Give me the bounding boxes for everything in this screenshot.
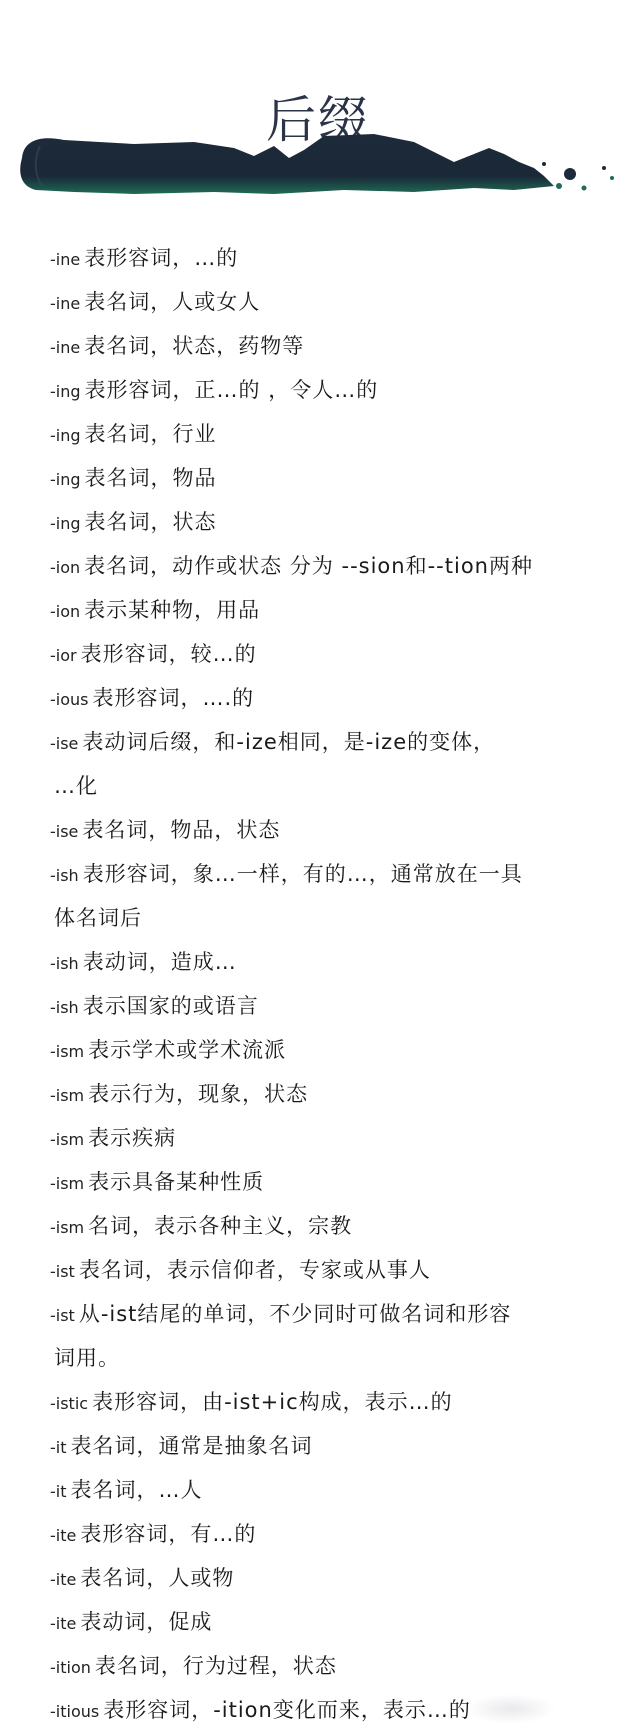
list-item: -ise表动词后缀，和-ize相同，是-ize的变体，: [50, 720, 620, 764]
list-item: -ism表示行为，现象，状态: [50, 1072, 620, 1116]
list-item: -ish表示国家的或语言: [50, 984, 620, 1028]
suffix-label: -ish: [50, 866, 79, 885]
suffix-label: -ish: [50, 998, 79, 1017]
suffix-description: 表形容词，由-ist+ic构成，表示…的: [92, 1390, 453, 1414]
list-item-continuation: …化: [50, 764, 620, 808]
suffix-description: 表形容词，较…的: [81, 642, 257, 666]
suffix-label: -ism: [50, 1042, 84, 1061]
suffix-list: -ine表形容词，…的 -ine表名词，人或女人 -ine表名词，状态，药物等 …: [50, 236, 620, 1732]
list-item-continuation: 体名词后: [50, 896, 620, 940]
suffix-label: -ist: [50, 1306, 75, 1325]
suffix-label: -ite: [50, 1614, 76, 1633]
list-item: -ism表示学术或学术流派: [50, 1028, 620, 1072]
suffix-description: 表名词，表示信仰者，专家或从事人: [79, 1258, 431, 1282]
list-item: -ist表名词，表示信仰者，专家或从事人: [50, 1248, 620, 1292]
suffix-label: -ism: [50, 1174, 84, 1193]
list-item: -ine表形容词，…的: [50, 236, 620, 280]
suffix-description: …化: [54, 774, 98, 798]
list-item: -it表名词，通常是抽象名词: [50, 1424, 620, 1468]
suffix-description: 表名词，状态: [85, 510, 217, 534]
suffix-label: -ious: [50, 690, 88, 709]
suffix-description: 表形容词，…的: [84, 246, 238, 270]
list-item: -ition表名词，行为过程，状态: [50, 1644, 620, 1688]
suffix-description: 从-ist结尾的单词，不少同时可做名词和形容: [79, 1302, 512, 1326]
suffix-description: 表示某种物，用品: [84, 598, 260, 622]
suffix-label: -ine: [50, 294, 80, 313]
list-item: -ing表形容词，正…的 ，令人…的: [50, 368, 620, 412]
suffix-label: -itious: [50, 1702, 99, 1721]
suffix-label: -ism: [50, 1130, 84, 1149]
suffix-description: 表名词，人或物: [80, 1566, 234, 1590]
list-item: -ite表形容词，有…的: [50, 1512, 620, 1556]
list-item: -ious表形容词，….的: [50, 676, 620, 720]
suffix-description: 表名词，行为过程，状态: [95, 1654, 337, 1678]
list-item: -ish表动词，造成…: [50, 940, 620, 984]
suffix-label: -ist: [50, 1262, 75, 1281]
suffix-description: 表名词，物品: [85, 466, 217, 490]
suffix-description: 表形容词，象…一样，有的…，通常放在一具: [83, 862, 523, 886]
suffix-description: 表名词，物品，状态: [82, 818, 280, 842]
list-item: -ing表名词，状态: [50, 500, 620, 544]
suffix-label: -ition: [50, 1658, 91, 1677]
suffix-description: 表名词，通常是抽象名词: [71, 1434, 313, 1458]
suffix-description: 表名词，…人: [71, 1478, 203, 1502]
suffix-description: 体名词后: [54, 906, 142, 930]
suffix-label: -ing: [50, 382, 81, 401]
suffix-label: -ite: [50, 1526, 76, 1545]
suffix-description: 表示行为，现象，状态: [88, 1082, 308, 1106]
suffix-label: -ism: [50, 1086, 84, 1105]
suffix-label: -ion: [50, 558, 80, 577]
suffix-label: -ish: [50, 954, 79, 973]
list-item: -it表名词，…人: [50, 1468, 620, 1512]
list-item: -ite表名词，人或物: [50, 1556, 620, 1600]
list-item: -ion表示某种物，用品: [50, 588, 620, 632]
list-item: -ing表名词，行业: [50, 412, 620, 456]
list-item: -ing表名词，物品: [50, 456, 620, 500]
list-item: -ion表名词，动作或状态 分为 --sion和--tion两种: [50, 544, 620, 588]
list-item: -ior表形容词，较…的: [50, 632, 620, 676]
suffix-label: -ion: [50, 602, 80, 621]
list-item: -ite表动词，促成: [50, 1600, 620, 1644]
suffix-description: 表名词，行业: [85, 422, 217, 446]
suffix-description: 表示学术或学术流派: [88, 1038, 286, 1062]
suffix-description: 表形容词，正…的 ，令人…的: [85, 378, 379, 402]
list-item: -ism名词，表示各种主义，宗教: [50, 1204, 620, 1248]
suffix-description: 表示疾病: [88, 1126, 176, 1150]
suffix-label: -ise: [50, 822, 78, 841]
suffix-label: -ing: [50, 426, 81, 445]
suffix-label: -istic: [50, 1394, 88, 1413]
suffix-description: 表名词，动作或状态 分为 --sion和--tion两种: [84, 554, 533, 578]
suffix-description: 表形容词，….的: [92, 686, 254, 710]
list-item: -ist从-ist结尾的单词，不少同时可做名词和形容: [50, 1292, 620, 1336]
suffix-label: -ine: [50, 250, 80, 269]
suffix-description: 表动词，造成…: [83, 950, 237, 974]
suffix-description: 词用。: [54, 1346, 120, 1370]
suffix-label: -ing: [50, 470, 81, 489]
suffix-description: 表形容词，有…的: [80, 1522, 256, 1546]
suffix-label: -ine: [50, 338, 80, 357]
list-item: -ine表名词，状态，药物等: [50, 324, 620, 368]
suffix-description: 表示具备某种性质: [88, 1170, 264, 1194]
suffix-label: -ior: [50, 646, 77, 665]
suffix-description: 表名词，人或女人: [84, 290, 260, 314]
suffix-label: -ism: [50, 1218, 84, 1237]
suffix-description: 表示国家的或语言: [83, 994, 259, 1018]
suffix-description: 表形容词，-ition变化而来，表示…的: [103, 1698, 471, 1722]
ink-brush-stroke-divider: [14, 128, 626, 208]
suffix-label: -it: [50, 1438, 67, 1457]
suffix-label: -ing: [50, 514, 81, 533]
list-item: -ism表示疾病: [50, 1116, 620, 1160]
list-item-continuation: 词用。: [50, 1336, 620, 1380]
suffix-description: 名词，表示各种主义，宗教: [88, 1214, 352, 1238]
list-item: -ism表示具备某种性质: [50, 1160, 620, 1204]
suffix-label: -ite: [50, 1570, 76, 1589]
list-item: -ise表名词，物品，状态: [50, 808, 620, 852]
suffix-label: -it: [50, 1482, 67, 1501]
suffix-description: 表动词，促成: [80, 1610, 212, 1634]
list-item: -ine表名词，人或女人: [50, 280, 620, 324]
suffix-label: -ise: [50, 734, 78, 753]
watermark-smudge: [466, 1694, 556, 1724]
suffix-description: 表名词，状态，药物等: [84, 334, 304, 358]
list-item: -istic表形容词，由-ist+ic构成，表示…的: [50, 1380, 620, 1424]
suffix-description: 表动词后缀，和-ize相同，是-ize的变体，: [82, 730, 495, 754]
list-item: -ish表形容词，象…一样，有的…，通常放在一具: [50, 852, 620, 896]
